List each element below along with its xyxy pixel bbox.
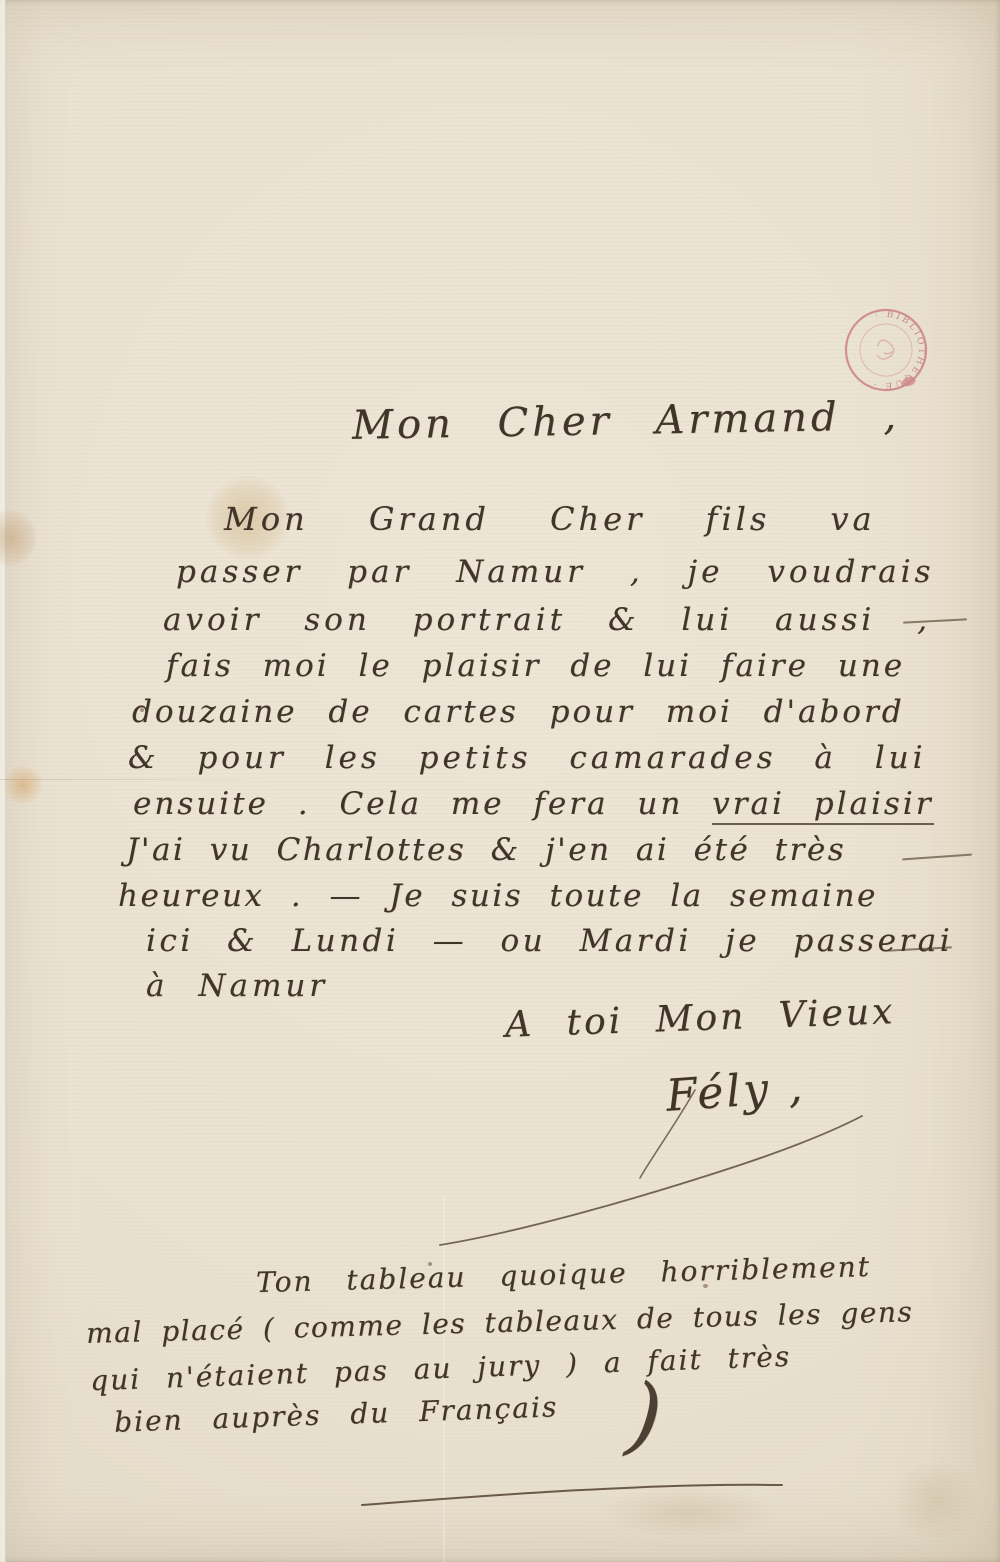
letter-page: · BIBLIOTHÈQUE · Mon Cher Armand , Mon G… bbox=[0, 0, 1000, 1562]
letter-line: avoir son portrait & lui aussi , bbox=[163, 602, 931, 638]
letter-line: passer par Namur , je voudrais bbox=[176, 554, 934, 590]
library-stamp: · BIBLIOTHÈQUE · bbox=[836, 300, 936, 400]
stamp-emblem bbox=[873, 338, 895, 361]
postscript-line: qui n'étaient pas au jury ) a fait très bbox=[90, 1340, 792, 1397]
postscript-closing-paren: ) bbox=[623, 1365, 667, 1468]
bottom-pen-rule bbox=[0, 1465, 1000, 1535]
letter-line-part: ensuite . Cela me fera un bbox=[133, 786, 712, 822]
foxing-stain bbox=[888, 1462, 984, 1538]
letter-line: J'ai vu Charlottes & j'en ai été très bbox=[126, 832, 846, 868]
letter-line: ensuite . Cela me fera un vrai plaisir bbox=[133, 786, 934, 822]
pen-stroke bbox=[902, 854, 972, 861]
letter-line: fais moi le plaisir de lui faire une bbox=[166, 648, 905, 684]
letter-line: douzaine de cartes pour moi d'abord bbox=[132, 694, 905, 730]
letter-line: à Namur bbox=[146, 968, 328, 1004]
letter-line: Mon Grand Cher fils va bbox=[224, 500, 876, 538]
underlined-phrase: vrai plaisir bbox=[712, 786, 933, 825]
postscript-line: bien auprès du Français bbox=[114, 1390, 559, 1438]
foxing-stain bbox=[4, 766, 42, 804]
letter-line: & pour les petits camarades à lui bbox=[128, 740, 927, 776]
letter-line: ici & Lundi — ou Mardi je passerai bbox=[146, 923, 953, 959]
signature: Fély , bbox=[664, 1061, 806, 1122]
postscript-line: Ton tableau quoique horriblement bbox=[256, 1250, 872, 1299]
scan-edge bbox=[0, 0, 6, 1562]
foxing-stain bbox=[598, 1486, 778, 1538]
fold-crease bbox=[0, 779, 245, 780]
closing-formula: A toi Mon Vieux bbox=[504, 991, 896, 1046]
salutation: Mon Cher Armand , bbox=[352, 393, 901, 449]
letter-line: heureux . — Je suis toute la semaine bbox=[118, 878, 878, 914]
